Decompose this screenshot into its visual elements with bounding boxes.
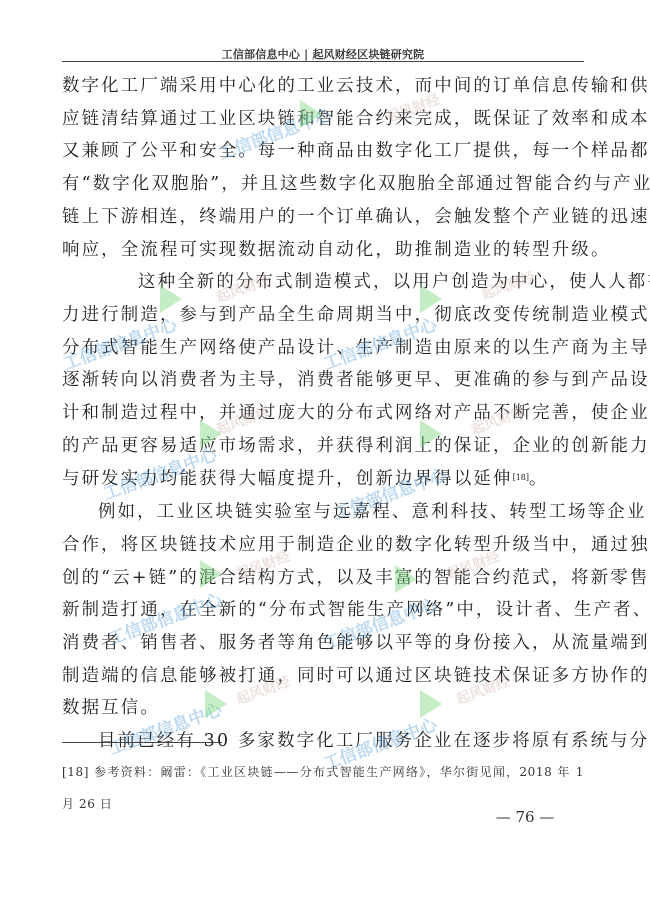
text-line: 逐渐转向以消费者为主导，消费者能够更早、更准确的参与到产品设 xyxy=(62,364,584,397)
text-line: 又兼顾了公平和安全。每一种商品由数字化工厂提供，每一个样品都 xyxy=(62,135,584,168)
paragraph-3: 例如，工业区块链实验室与远嘉程、意利科技、转型工场等企业 合作，将区块链技术应用… xyxy=(62,496,584,725)
header-rule xyxy=(62,61,584,62)
page-number: — 76 — xyxy=(475,808,575,826)
text-line: 的产品更容易适应市场需求，并获得利润上的保证，企业的创新能力 xyxy=(62,430,584,463)
paragraph-1: 数字化工厂端采用中心化的工业云技术，而中间的订单信息传输和供 应链清结算通过工业… xyxy=(62,70,584,266)
text-line: 与研发实力均能获得大幅度提升，创新边界得以延伸[18]。 xyxy=(62,462,584,496)
watermark-play-icon xyxy=(420,420,442,448)
watermark-play-icon xyxy=(420,690,442,718)
text-line: 制造端的信息能够被打通，同时可以通过区块链技术保证多方协作的 xyxy=(62,660,584,693)
text-line: 分布式智能生产网络使产品设计、生产制造由原来的以生产商为主导 xyxy=(62,332,584,365)
running-header: 工信部信息中心 | 起风财经区块链研究院 xyxy=(62,46,584,62)
watermark-play-icon xyxy=(200,420,222,448)
text-line: 这种全新的分布式制造模式，以用户创造为中心，使人人都有能 xyxy=(62,266,584,299)
text-line: 有“数字化双胞胎”，并且这些数字化双胞胎全部通过智能合约与产业 xyxy=(62,168,584,201)
watermark-play-icon xyxy=(205,690,227,718)
body-text: 数字化工厂端采用中心化的工业云技术，而中间的订单信息传输和供 应链清结算通过工业… xyxy=(62,70,584,758)
paragraph-2: 这种全新的分布式制造模式，以用户创造为中心，使人人都有能 力进行制造，参与到产品… xyxy=(62,266,584,496)
footnote-rule xyxy=(62,742,222,743)
footnote-reference[interactable]: [18] xyxy=(513,473,529,482)
text-line: 响应，全流程可实现数据流动自动化，助推制造业的转型升级。 xyxy=(62,234,584,267)
text-line: 力进行制造，参与到产品全生命周期当中，彻底改变传统制造业模式。 xyxy=(62,299,584,332)
watermark-play-icon xyxy=(160,285,182,313)
text-line-content: 与研发实力均能获得大幅度提升，创新边界得以延伸 xyxy=(62,469,513,489)
text-line: 创的“云+链”的混合结构方式，以及丰富的智能合约范式，将新零售和 xyxy=(62,562,584,595)
text-line: 合作，将区块链技术应用于制造企业的数字化转型升级当中，通过独 xyxy=(62,529,584,562)
text-line: 数据互信。 xyxy=(62,692,584,725)
watermark-play-icon xyxy=(200,560,222,588)
text-line: 新制造打通，在全新的“分布式智能生产网络”中，设计者、生产者、 xyxy=(62,594,584,627)
watermark-play-icon xyxy=(300,100,322,128)
text-line: 应链清结算通过工业区块链和智能合约来完成，既保证了效率和成本， xyxy=(62,103,584,136)
text-line: 链上下游相连，终端用户的一个订单确认，会触发整个产业链的迅速 xyxy=(62,201,584,234)
text-line: 数字化工厂端采用中心化的工业云技术，而中间的订单信息传输和供 xyxy=(62,70,584,103)
text-line: 消费者、销售者、服务者等角色能够以平等的身份接入，从流量端到 xyxy=(62,627,584,660)
text-line: 计和制造过程中，并通过庞大的分布式网络对产品不断完善，使企业 xyxy=(62,397,584,430)
sentence-end: 。 xyxy=(529,469,549,489)
text-line: 例如，工业区块链实验室与远嘉程、意利科技、转型工场等企业 xyxy=(62,496,584,529)
watermark-play-icon xyxy=(420,285,442,313)
watermark-play-icon xyxy=(395,565,417,593)
footnote-line: [18] 参考资料：阚雷：《工业区块链——分布式智能生产网络》，华尔街见闻，20… xyxy=(62,756,584,788)
